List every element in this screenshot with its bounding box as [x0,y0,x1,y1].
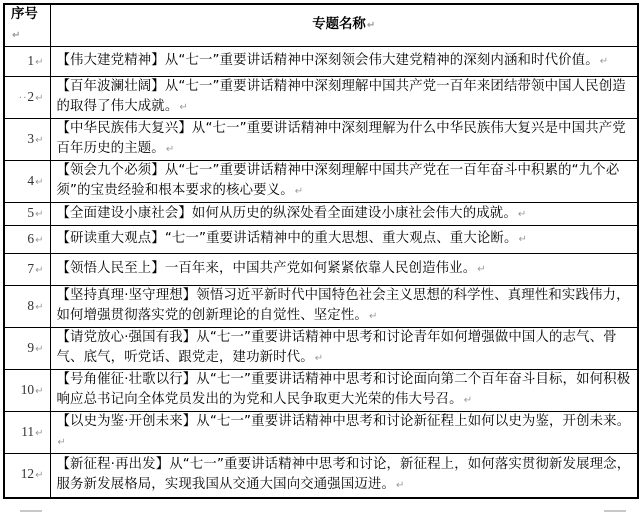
paragraph-mark-icon: ↵ [367,20,375,31]
row-number: 6↵ [4,226,50,254]
row-number: 1↵ [4,47,50,77]
table-row: 8↵【坚持真理·坚守理想】领悟习近平新时代中国特色社会主义思想的科学性、真理性和… [4,286,638,328]
topic-cell: 【研读重大观点】“七一”重要讲话精神中的重大思想、重大观点、重大论断。↵ [50,226,638,254]
paragraph-mark-icon: ↵ [35,428,43,439]
topic-text: 【全面建设小康社会】如何从历史的纵深处看全面建设小康社会伟大的成就。 [57,206,517,221]
table-row: ··2↵【百年波澜壮阔】从“七一”重要讲话精神中深刻理解中国共产党一百年来团结带… [4,77,638,119]
row-number: 10↵ [4,370,50,412]
header-row: 序号↵ 专题名称↵ [4,4,638,47]
paragraph-mark-icon: ↵ [35,93,43,104]
topics-table: 序号↵ 专题名称↵ 1↵【伟大建党精神】从“七一”重要讲话精神中深刻领会伟大建党… [3,3,639,499]
topic-cell: 【中华民族伟大复兴】从“七一”重要讲话精神中深刻理解为什么中华民族伟大复兴是中国… [50,119,638,161]
row-number: 8↵ [4,286,50,328]
page-margin-marker [604,510,626,512]
table-row: 9↵【请党放心·强国有我】从“七一”重要讲话精神中思考和讨论青年如何增强做中国人… [4,328,638,370]
paragraph-mark-icon: ↵ [35,265,43,276]
topic-cell: 【全面建设小康社会】如何从历史的纵深处看全面建设小康社会伟大的成就。↵ [50,203,638,226]
table-row: 5↵【全面建设小康社会】如何从历史的纵深处看全面建设小康社会伟大的成就。↵ [4,203,638,226]
header-topic: 专题名称↵ [50,4,638,47]
table-row: 7↵【领悟人民至上】一百年来，中国共产党如何紧紧依靠人民创造伟业。↵ [4,254,638,286]
row-number: 4↵ [4,161,50,203]
paragraph-mark-icon: ↵ [600,56,609,67]
paragraph-mark-icon: ↵ [35,235,43,246]
paragraph-mark-icon: ↵ [35,344,43,355]
paragraph-mark-icon: ↵ [58,437,67,448]
row-number: 12↵ [4,454,50,498]
paragraph-mark-icon: ↵ [35,386,43,397]
topic-text: 【领悟人民至上】一百年来，中国共产党如何紧紧依靠人民创造伟业。 [57,261,477,276]
table-row: 4↵【领会九个必须】从“七一”重要讲话精神中深刻理解中国共产党在一百年奋斗中积累… [4,161,638,203]
row-number: 11↵ [4,412,50,454]
paragraph-mark-icon: ↵ [35,57,43,68]
paragraph-mark-icon: ↵ [477,264,486,275]
paragraph-mark-icon: ↵ [396,480,405,491]
topic-text: 【百年波澜壮阔】从“七一”重要讲话精神中深刻理解中国共产党一百年来团结带领中国人… [57,79,626,114]
topic-cell: 【以史为鉴·开创未来】从“七一”重要讲话精神中思考和讨论新征程上如何以史为鉴，开… [50,412,638,454]
topic-text: 【号角催征·壮歌以行】从“七一”重要讲话精神中思考和讨论面向第二个百年奋斗目标，… [57,372,631,407]
topic-cell: 【号角催征·壮歌以行】从“七一”重要讲话精神中思考和讨论面向第二个百年奋斗目标，… [50,370,638,412]
paragraph-mark-icon: ↵ [295,186,304,197]
row-number: 7↵ [4,254,50,286]
table-row: 11↵【以史为鉴·开创未来】从“七一”重要讲话精神中思考和讨论新征程上如何以史为… [4,412,638,454]
row-number: 5↵ [4,203,50,226]
topic-text: 【新征程·再出发】从“七一”重要讲话精神中思考和讨论，新征程上，如何落实贯彻新发… [57,457,631,492]
table-row: 10↵【号角催征·壮歌以行】从“七一”重要讲话精神中思考和讨论面向第二个百年奋斗… [4,370,638,412]
table-row: 12↵【新征程·再出发】从“七一”重要讲话精神中思考和讨论，新征程上，如何落实贯… [4,454,638,498]
topic-cell: 【领悟人民至上】一百年来，中国共产党如何紧紧依靠人民创造伟业。↵ [50,254,638,286]
topic-text: 【伟大建党精神】从“七一”重要讲话精神中深刻领会伟大建党精神的深刻内涵和时代价值… [57,53,599,68]
topic-text: 【以史为鉴·开创未来】从“七一”重要讲话精神中思考和讨论新征程上如何以史为鉴，开… [57,414,631,429]
topic-text: 【领会九个必须】从“七一”重要讲话精神中深刻理解中国共产党在一百年奋斗中积累的“… [57,163,620,198]
paragraph-mark-icon: ↵ [12,30,20,41]
topic-text: 【请党放心·强国有我】从“七一”重要讲话精神中思考和讨论青年如何增强做中国人的志… [57,330,617,365]
page-margin-marker [20,510,42,512]
paragraph-mark-icon: ↵ [519,234,528,245]
paragraph-mark-icon: ↵ [179,102,188,113]
row-number: 9↵ [4,328,50,370]
topic-cell: 【请党放心·强国有我】从“七一”重要讲话精神中思考和讨论青年如何增强做中国人的志… [50,328,638,370]
paragraph-mark-icon: ↵ [369,311,378,322]
paragraph-mark-icon: ↵ [35,135,43,146]
table-row: 6↵【研读重大观点】“七一”重要讲话精神中的重大思想、重大观点、重大论断。↵ [4,226,638,254]
paragraph-mark-icon: ↵ [464,395,473,406]
topic-cell: 【百年波澜壮阔】从“七一”重要讲话精神中深刻理解中国共产党一百年来团结带领中国人… [50,77,638,119]
topic-cell: 【新征程·再出发】从“七一”重要讲话精神中思考和讨论，新征程上，如何落实贯彻新发… [50,454,638,498]
paragraph-mark-icon: ↵ [35,209,43,220]
row-number: ··2↵ [4,77,50,119]
topic-text: 【研读重大观点】“七一”重要讲话精神中的重大思想、重大观点、重大论断。 [57,231,518,246]
paragraph-mark-icon: ↵ [315,353,324,364]
paragraph-mark-icon: ↵ [35,470,43,481]
paragraph-mark-icon: ↵ [35,177,43,188]
topic-cell: 【伟大建党精神】从“七一”重要讲话精神中深刻领会伟大建党精神的深刻内涵和时代价值… [50,47,638,77]
paragraph-mark-icon: ↵ [518,209,527,220]
topic-cell: 【领会九个必须】从“七一”重要讲话精神中深刻理解中国共产党在一百年奋斗中积累的“… [50,161,638,203]
header-number: 序号↵ [4,4,50,47]
row-number: 3↵ [4,119,50,161]
topic-cell: 【坚持真理·坚守理想】领悟习近平新时代中国特色社会主义思想的科学性、真理性和实践… [50,286,638,328]
topic-text: 【坚持真理·坚守理想】领悟习近平新时代中国特色社会主义思想的科学性、真理性和实践… [57,288,630,323]
table-row: 3↵【中华民族伟大复兴】从“七一”重要讲话精神中深刻理解为什么中华民族伟大复兴是… [4,119,638,161]
paragraph-mark-icon: ↵ [35,302,43,313]
topic-text: 【中华民族伟大复兴】从“七一”重要讲话精神中深刻理解为什么中华民族伟大复兴是中国… [57,121,626,156]
paragraph-mark-icon: ↵ [166,144,175,155]
table-row: 1↵【伟大建党精神】从“七一”重要讲话精神中深刻领会伟大建党精神的深刻内涵和时代… [4,47,638,77]
